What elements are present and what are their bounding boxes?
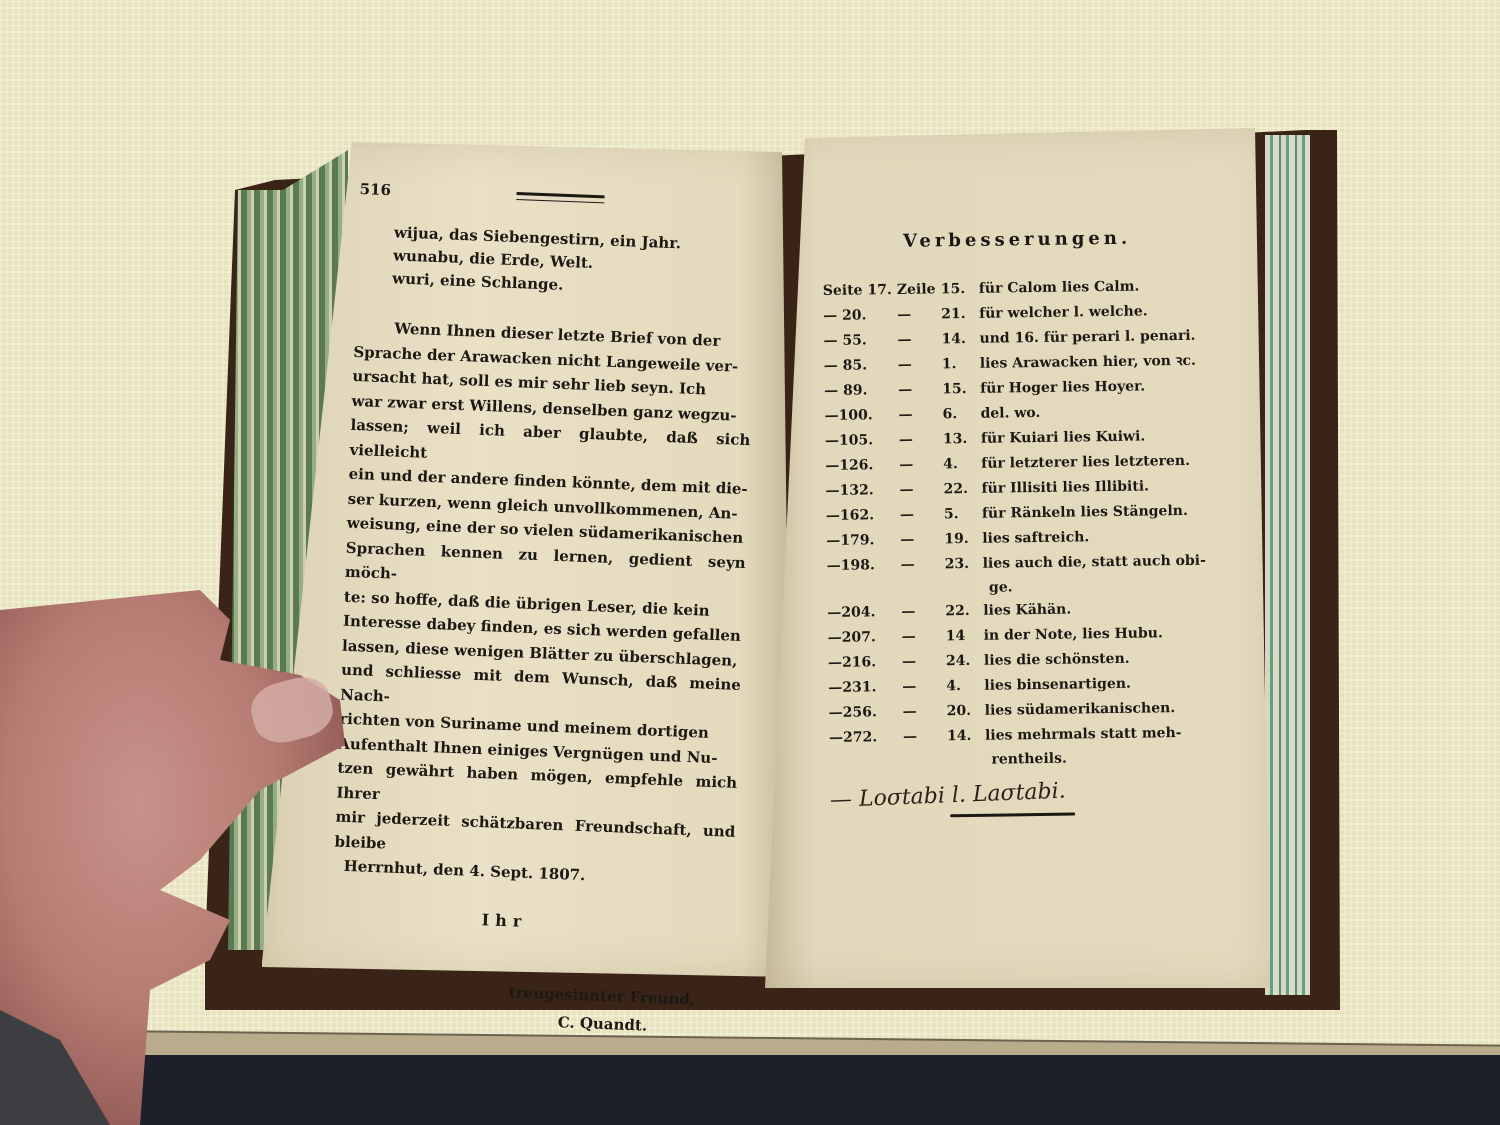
errata-correction: für Illisiti lies Illibiti. [981,474,1215,502]
errata-correction: für letzterer lies letzteren. [981,449,1215,477]
errata-page: —272. [829,725,903,751]
errata-dash: — [899,452,943,478]
errata-line: 14. [947,724,985,750]
errata-correction: lies südamerikanischen. [985,696,1219,724]
page-edges-right [1265,135,1310,995]
handwritten-correction: — Loσtabi l. Laσtabi. [830,772,1221,813]
errata-page: —162. [826,503,900,529]
vocabulary-list: wijua, das Siebengestirn, ein Jahr. wuna… [392,221,758,304]
errata-page: —216. [828,650,902,676]
errata-dash: — [902,674,946,700]
errata-dash: — [898,352,942,378]
errata-line: 1. [942,352,980,378]
errata-correction: lies die schönsten. [984,646,1218,674]
errata-page: —207. [828,625,902,651]
errata-page: —105. [825,428,899,454]
errata-title: Verbesserungen. [822,227,1212,253]
errata-page: —132. [825,478,899,504]
errata-line: 14 [945,624,983,650]
errata-correction: del. wo. [980,399,1214,427]
errata-dash: — [901,624,945,650]
errata-page: Seite 17. [823,278,897,304]
errata-dash: — [903,699,947,725]
errata-correction: für Kuiari lies Kuiwi. [981,424,1215,452]
errata-line: 5. [944,502,982,528]
errata-dash: — [900,527,944,553]
closing: Ihr [481,910,732,939]
errata-dash: — [902,649,946,675]
letter-paragraph: Wenn Ihnen dieser letzte Brief von der S… [333,315,754,893]
errata-correction: für Ränkeln lies Stängeln. [982,499,1216,527]
signoff-line: treugesinnter Freund, [509,983,696,1008]
errata-dash: — [899,427,943,453]
errata-line: 14. [941,327,979,353]
errata-dash: — [900,552,944,578]
errata-page: —204. [827,600,901,626]
errata-line: 13. [943,427,981,453]
errata-correction: lies Arawacken hier, von ꝛc. [980,349,1214,377]
errata-page: —256. [829,700,903,726]
errata-line: 22. [943,477,981,503]
errata-dash: — [903,724,947,750]
errata-correction: für welcher l. welche. [979,299,1213,327]
errata-page: —231. [828,675,902,701]
errata-correction: für Hoger lies Hoyer. [980,374,1214,402]
errata-line: 19. [944,527,982,553]
errata-dash: — [897,302,941,328]
errata-page: — 20. [823,303,897,329]
errata-correction: und 16. für perari l. penari. [979,324,1213,352]
errata-line: 4. [943,452,981,478]
floor [0,1055,1500,1125]
errata-page: — 55. [823,328,897,354]
errata-correction: lies binsenartigen. [984,671,1218,699]
errata-dash: — [897,327,941,353]
errata-dash: — [898,402,942,428]
errata-line: 15. [941,277,979,303]
errata-page: — 89. [824,378,898,404]
errata-page: —198. [826,553,900,579]
errata-line: 22. [945,599,983,625]
errata-line: 23. [944,552,982,578]
errata-line: 20. [947,699,985,725]
errata-dash: — [898,377,942,403]
errata-correction: lies Kähän. [983,596,1217,624]
errata-correction: lies auch die, statt auch obi- [982,549,1216,577]
errata-line: 4. [946,674,984,700]
left-page-text: 516 wijua, das Siebengestirn, ein Jahr. … [327,180,759,1042]
header-rule [516,192,604,203]
errata-correction: in der Note, lies Hubu. [983,621,1217,649]
errata-list: Seite 17.Zeile15.für Calom lies Calm. — … [823,274,1220,773]
errata-page: —126. [825,453,899,479]
errata-dash: — [899,477,943,503]
errata-line: 21. [941,302,979,328]
errata-dash: — [900,502,944,528]
errata-line: 15. [942,377,980,403]
errata-line: 6. [942,402,980,428]
errata-correction: lies saftreich. [982,524,1216,552]
errata-correction: lies mehrmals statt meh- [985,721,1219,749]
errata-page: — 85. [824,353,898,379]
page-number: 516 [359,180,391,199]
errata-page: —100. [824,403,898,429]
errata-dash: — [901,599,945,625]
errata-correction: für Calom lies Calm. [979,274,1213,302]
errata-dash: Zeile [897,277,941,303]
right-page-text: Verbesserungen. Seite 17.Zeile15.für Cal… [822,227,1220,819]
errata-line: 24. [946,649,984,675]
errata-page: —179. [826,528,900,554]
signoff: treugesinnter Freund, C. Quandt. [507,978,729,1042]
